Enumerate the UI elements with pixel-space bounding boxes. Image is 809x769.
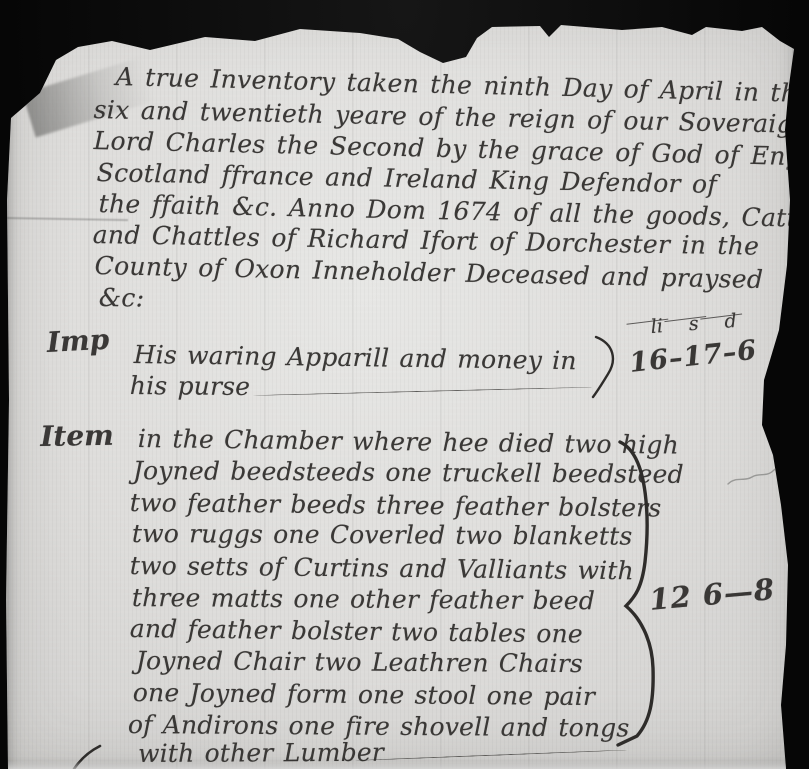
- manuscript-line: his purse: [130, 371, 251, 401]
- pence-header: d: [724, 310, 738, 333]
- manuscript-line: one Joyned form one stool one pair: [133, 678, 595, 711]
- flourish-underline: [355, 750, 627, 761]
- flourish-underline: [252, 387, 592, 396]
- manuscript-line: &c:: [99, 283, 145, 312]
- bottom-scan-light: [0, 761, 809, 769]
- manuscript-line: His waring Apparill and money in: [134, 340, 577, 375]
- manuscript-line: Joyned beedsteeds one truckell beedsteed: [133, 456, 684, 489]
- manuscript-line: in the Chamber where hee died two high: [138, 424, 679, 460]
- manuscript-line: three matts one other feather beed: [132, 583, 595, 615]
- cutoff-pen-stroke: [70, 744, 110, 769]
- paper: A true Inventory taken the ninth Day of …: [0, 0, 809, 769]
- entry-margin-label-imprimis: Imp: [46, 323, 110, 359]
- entry-margin-label-item: Item: [40, 419, 114, 453]
- manuscript-line: two ruggs one Coverled two blanketts: [132, 519, 633, 551]
- pounds-header: li: [650, 315, 664, 338]
- entry-value: 16–17–6: [628, 335, 758, 379]
- manuscript-line: with other Lumber: [138, 738, 384, 768]
- shillings-header: s: [688, 313, 699, 336]
- currency-column-headers: lisd: [650, 308, 763, 338]
- manuscript-line: two setts of Curtins and Valliants with: [130, 551, 634, 585]
- value-brace: [590, 334, 624, 400]
- entry-value: 12 6—8: [648, 572, 776, 617]
- manuscript-line: two feather beeds three feather bolsters: [130, 488, 662, 523]
- manuscript-line: Joyned Chair two Leathren Chairs: [136, 646, 583, 678]
- scanned-manuscript-page: { "document": { "header_lines": [ "A tru…: [0, 0, 809, 769]
- manuscript-line: and feather bolster two tables one: [130, 614, 583, 649]
